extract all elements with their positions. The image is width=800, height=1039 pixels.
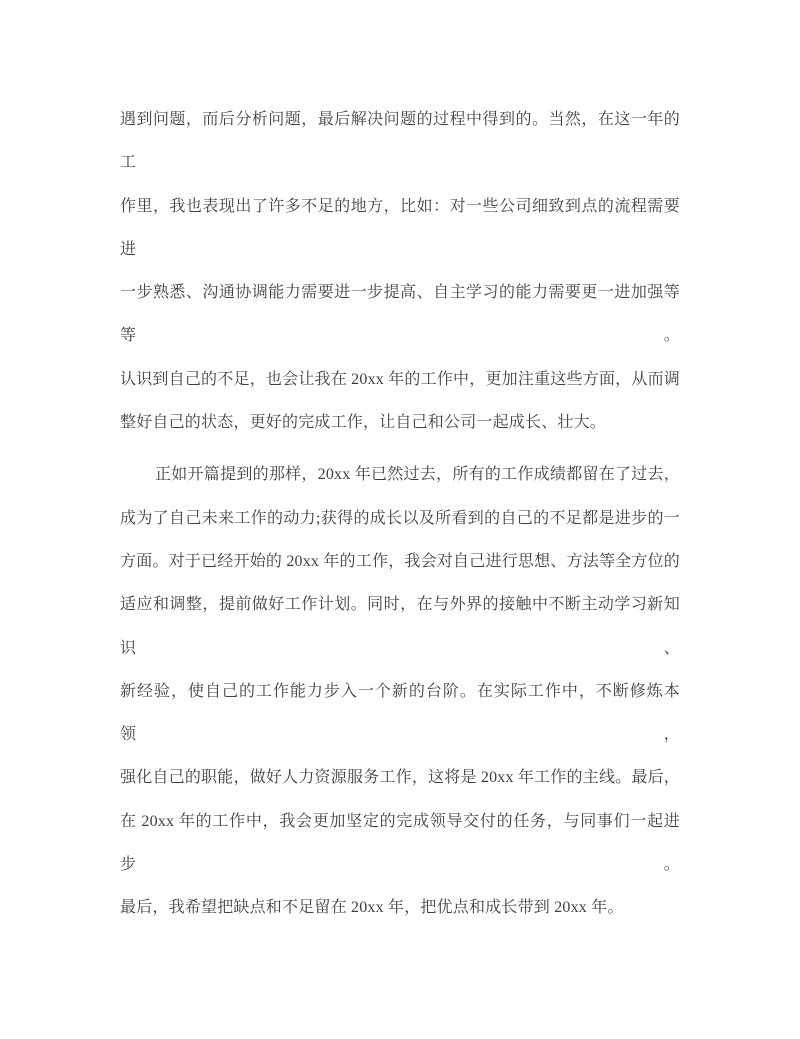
- text-line: 作里，我也表现出了许多不足的地方，比如：对一些公司细致到点的流程需要进: [120, 185, 680, 272]
- text-line: 正如开篇提到的那样，20xx 年已然过去，所有的工作成绩都留在了过去，: [120, 453, 680, 496]
- paragraph: 正如开篇提到的那样，20xx 年已然过去，所有的工作成绩都留在了过去，成为了自己…: [120, 453, 680, 929]
- text-line: 新经验，使自己的工作能力步入一个新的台阶。在实际工作中，不断修炼本领，: [120, 670, 680, 757]
- text-line: 适应和调整，提前做好工作计划。同时，在与外界的接触中不断主动学习新知识、: [120, 583, 680, 670]
- text-line: 成为了自己未来工作的动力;获得的成长以及所看到的自己的不足都是进步的一: [120, 497, 680, 540]
- text-line: 方面。对于已经开始的 20xx 年的工作，我会对自己进行思想、方法等全方位的: [120, 540, 680, 583]
- text-line: 强化自己的职能，做好人力资源服务工作，这将是 20xx 年工作的主线。最后，: [120, 756, 680, 799]
- text-line: 认识到自己的不足，也会让我在 20xx 年的工作中，更加注重这些方面，从而调: [120, 358, 680, 401]
- text-line: 整好自己的状态，更好的完成工作，让自己和公司一起成长、壮大。: [120, 401, 680, 444]
- document-page: 遇到问题，而后分析问题，最后解决问题的过程中得到的。当然，在这一年的工作里，我也…: [0, 0, 800, 1039]
- text-line: 最后，我希望把缺点和不足留在 20xx 年，把优点和成长带到 20xx 年。: [120, 886, 680, 929]
- paragraph: 遇到问题，而后分析问题，最后解决问题的过程中得到的。当然，在这一年的工作里，我也…: [120, 98, 680, 444]
- text-line: 遇到问题，而后分析问题，最后解决问题的过程中得到的。当然，在这一年的工: [120, 98, 680, 185]
- text-line: 在 20xx 年的工作中，我会更加坚定的完成领导交付的任务，与同事们一起进步。: [120, 800, 680, 887]
- document-body: 遇到问题，而后分析问题，最后解决问题的过程中得到的。当然，在这一年的工作里，我也…: [120, 98, 680, 930]
- text-line: 一步熟悉、沟通协调能力需要进一步提高、自主学习的能力需要更一进加强等等。: [120, 271, 680, 358]
